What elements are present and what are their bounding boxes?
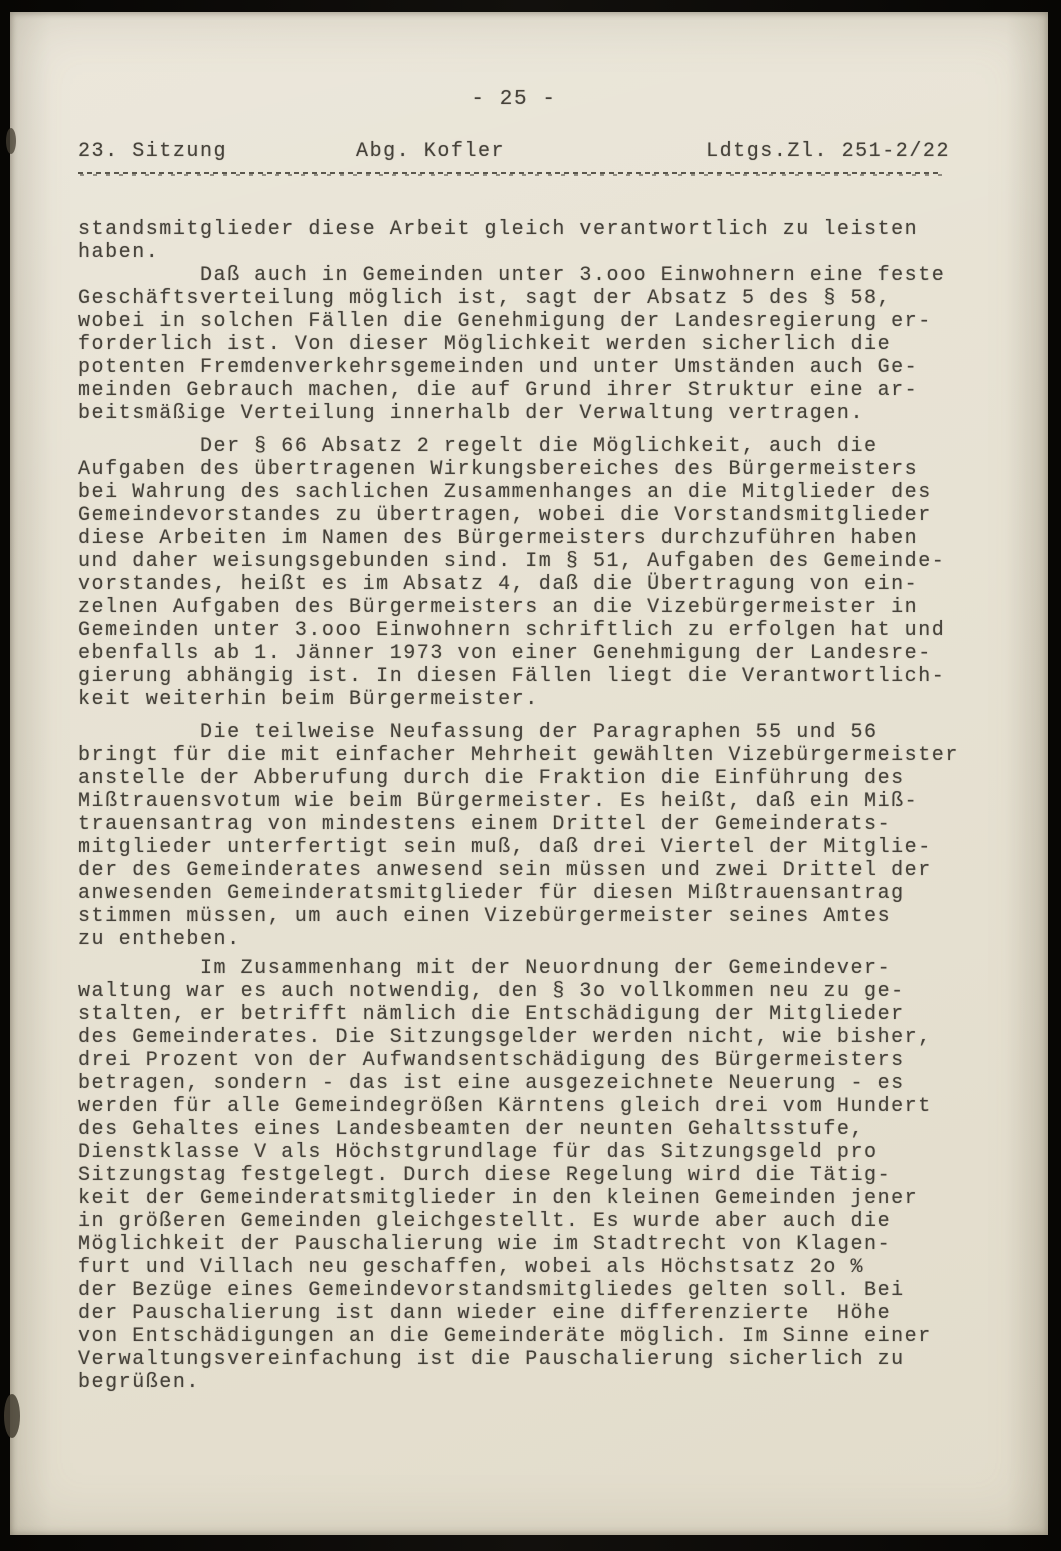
header-dashed-rule bbox=[78, 172, 942, 176]
page-content: - 25 - 23. Sitzung Abg. Kofler Ldtgs.Zl.… bbox=[78, 12, 950, 1394]
paper-sheet: - 25 - 23. Sitzung Abg. Kofler Ldtgs.Zl.… bbox=[10, 12, 1048, 1535]
page-header: 23. Sitzung Abg. Kofler Ldtgs.Zl. 251-2/… bbox=[78, 140, 950, 164]
body-paragraph-5: Im Zusammenhang mit der Neuordnung der G… bbox=[78, 957, 950, 1394]
header-speaker-label: Abg. Kofler bbox=[356, 140, 505, 163]
binding-mark-bottom bbox=[4, 1394, 20, 1438]
header-reference-label: Ldtgs.Zl. 251-2/22 bbox=[706, 140, 950, 163]
body-paragraph-4: Die teilweise Neufassung der Paragraphen… bbox=[78, 721, 950, 951]
scanned-page-frame: - 25 - 23. Sitzung Abg. Kofler Ldtgs.Zl.… bbox=[0, 0, 1061, 1551]
binding-mark-top bbox=[6, 128, 16, 154]
body-paragraph-1: standsmitglieder diese Arbeit gleich ver… bbox=[78, 218, 950, 264]
page-number: - 25 - bbox=[78, 88, 950, 112]
header-session-label: 23. Sitzung bbox=[78, 140, 227, 163]
body-paragraph-3: Der § 66 Absatz 2 regelt die Möglichkeit… bbox=[78, 435, 950, 711]
body-text: standsmitglieder diese Arbeit gleich ver… bbox=[78, 218, 950, 1394]
body-paragraph-2: Daß auch in Gemeinden unter 3.ooo Einwoh… bbox=[78, 264, 950, 425]
